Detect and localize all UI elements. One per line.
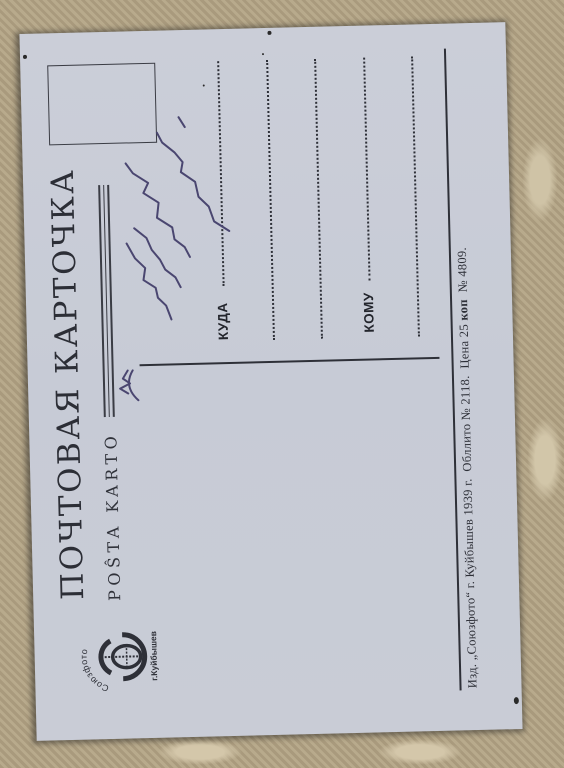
where-label: КУДА (215, 302, 231, 340)
price-label: Цена 25 (457, 324, 472, 369)
paper-blemish (23, 55, 27, 59)
imprint-footer: Изд. „Союзфото“ г. Куйбышев 1939 г. Облл… (450, 48, 481, 688)
address-line-4 (363, 58, 370, 281)
triple-rule (98, 185, 118, 417)
paper-blemish (203, 85, 205, 87)
price-unit: коп (456, 299, 471, 321)
order-number: № 4809. (455, 247, 470, 293)
postcard-subtitle: POŜTA KARTO (101, 431, 124, 601)
postcard-photo: ПОЧТОВАЯ КАРТОЧКА POŜTA KARTO Союзфото г… (19, 22, 522, 741)
postcard-title: ПОЧТОВАЯ КАРТОЧКА (45, 168, 92, 601)
license-text: Обллито № 2118. (458, 375, 474, 471)
soyuzfoto-emblem-icon: Союзфото г.Куйбышев (69, 604, 160, 710)
message-address-divider (140, 357, 440, 366)
paper-blemish (514, 697, 519, 704)
address-line-3 (314, 59, 323, 339)
publisher-text: Изд. „Союзфото“ г. Куйбышев 1939 г. (460, 478, 479, 688)
paper-blemish (267, 31, 271, 35)
postcard: ПОЧТОВАЯ КАРТОЧКА POŜTA KARTO Союзфото г… (19, 22, 522, 741)
stamp-placeholder-box (47, 63, 157, 146)
to-whom-label: КОМУ (361, 292, 377, 333)
address-line-5 (411, 56, 420, 336)
paper-blemish (262, 53, 264, 55)
address-line-1 (217, 61, 224, 286)
logo-bottom-text: г.Куйбышев (148, 631, 159, 681)
publisher-logo: Союзфото г.Куйбышев (69, 604, 160, 710)
address-line-2 (266, 60, 275, 340)
